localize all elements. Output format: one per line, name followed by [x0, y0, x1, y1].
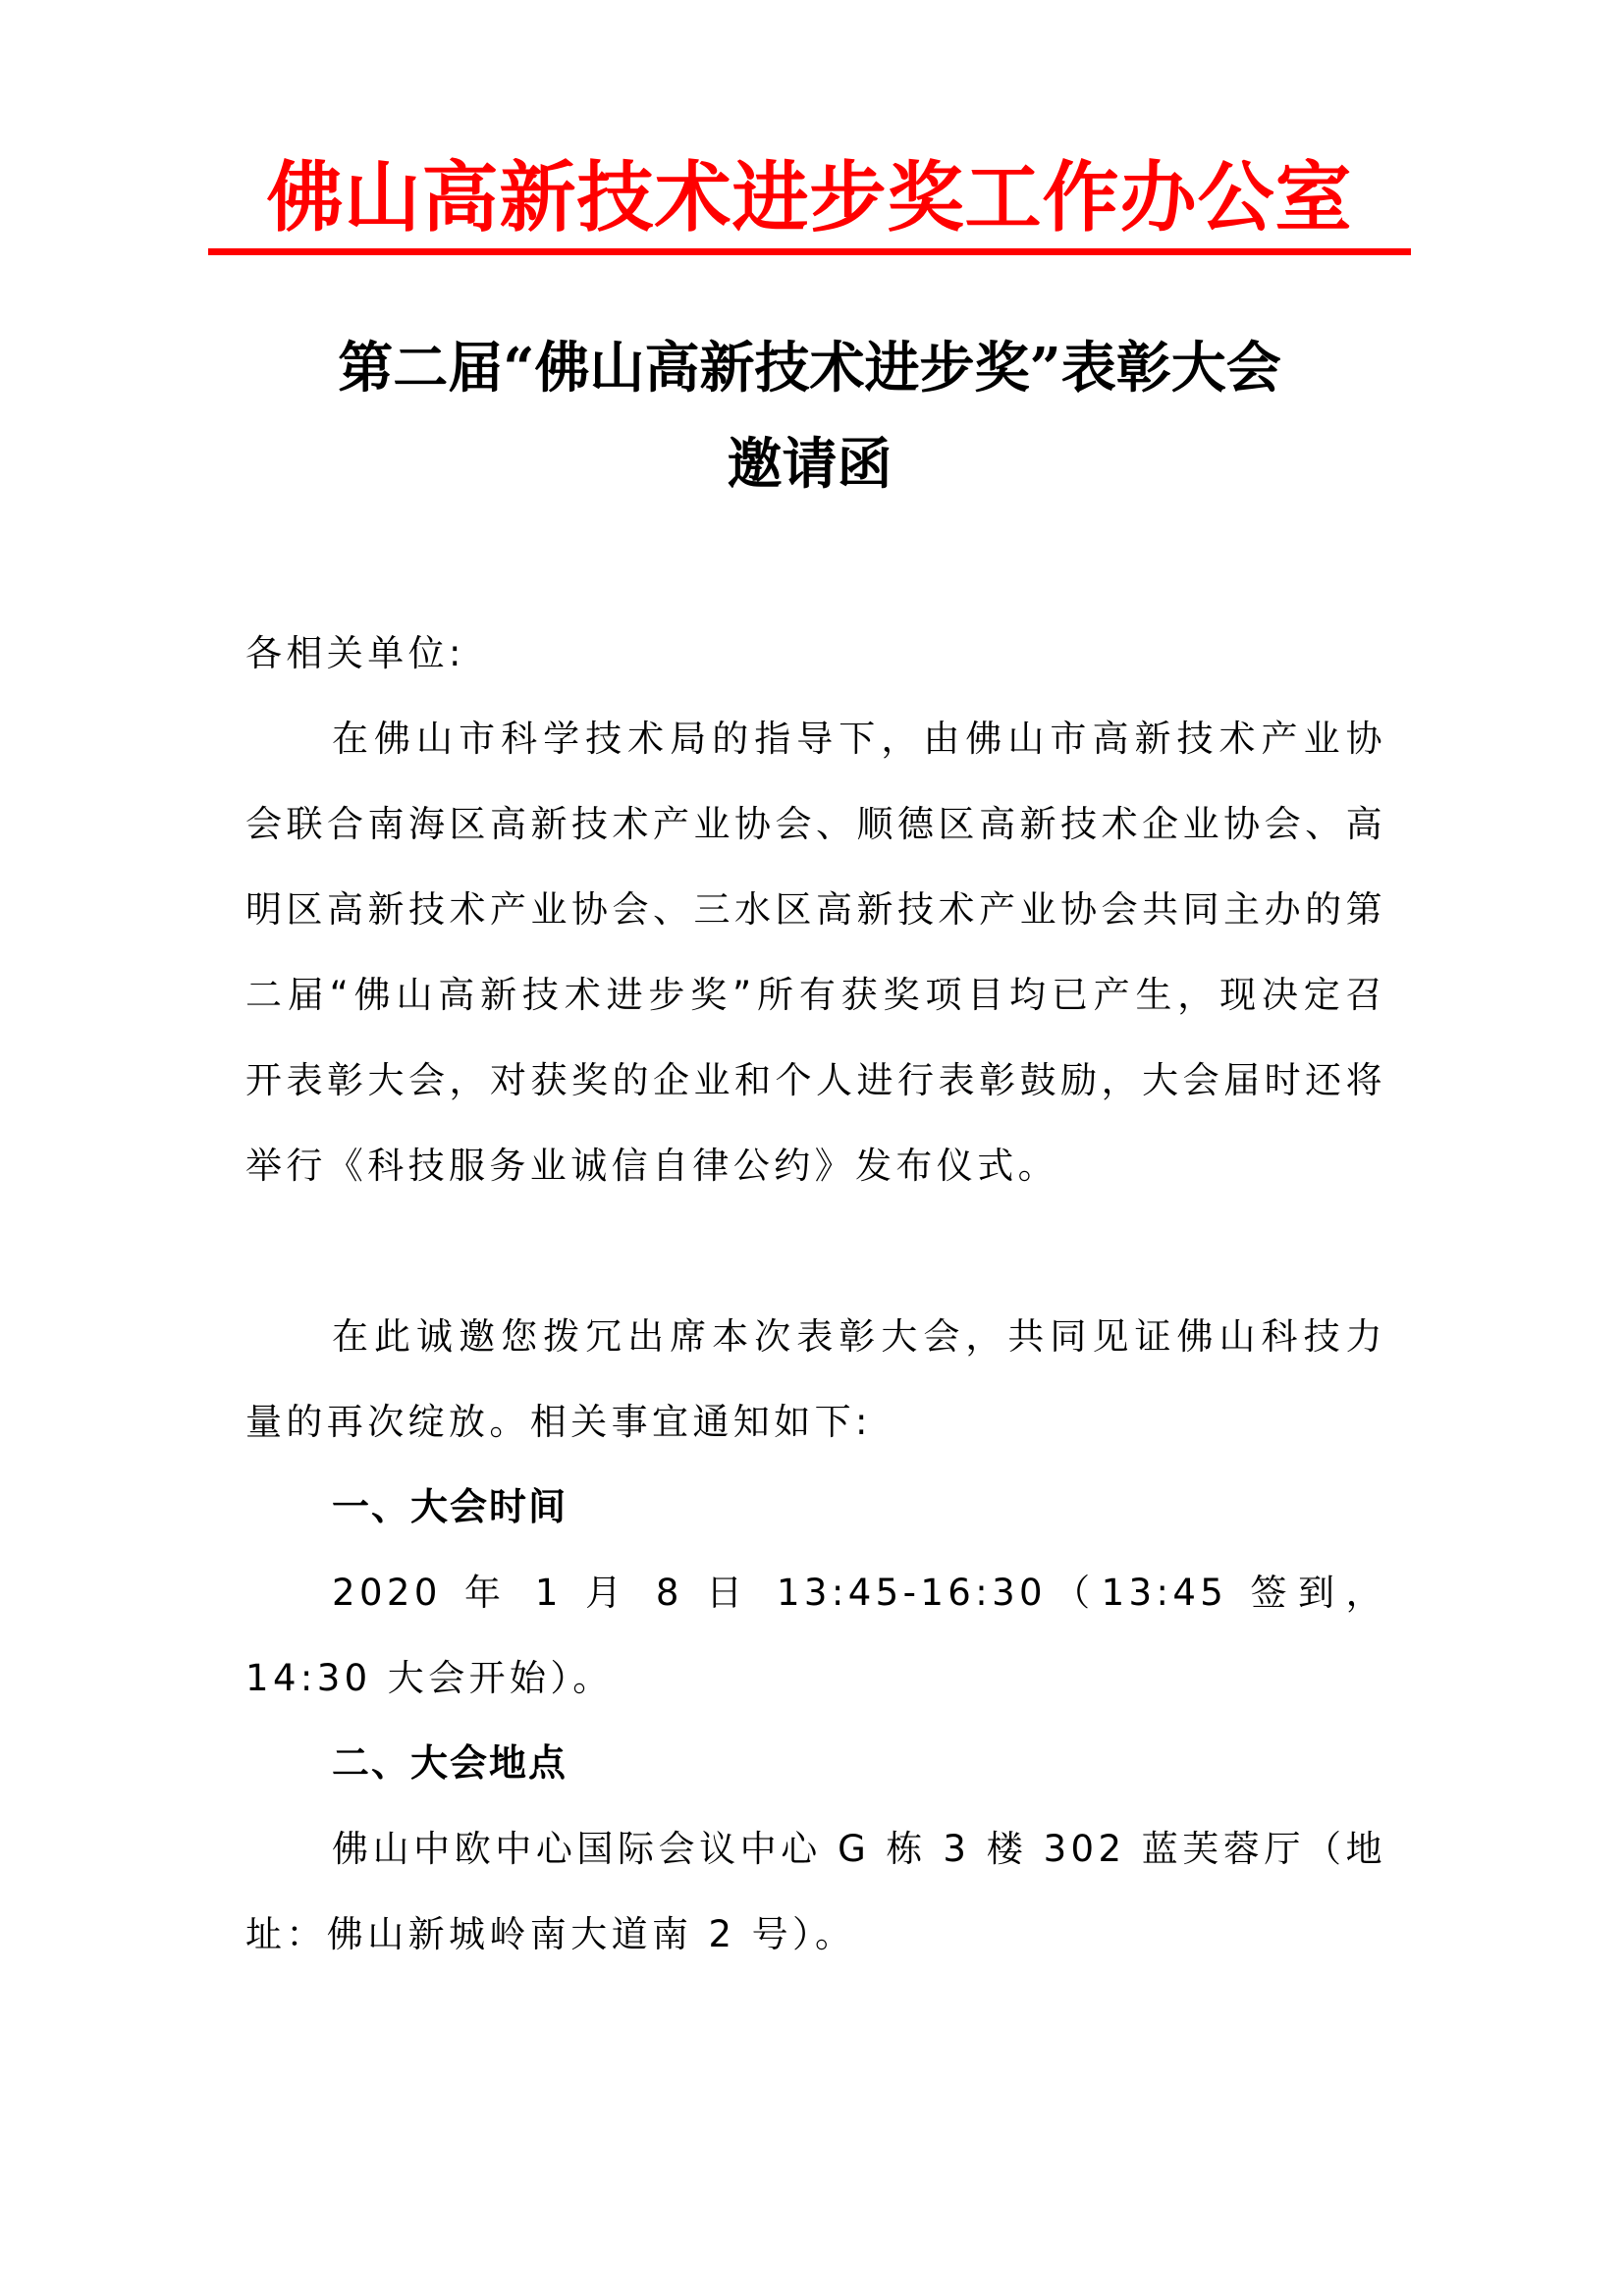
section-content-time: 2020 年 1 月 8 日 13:45-16:30（13:45 签到，14:3… — [245, 1550, 1386, 1721]
document-subtitle: 邀请函 — [208, 433, 1411, 496]
body-paragraph-intro: 在佛山市科学技术局的指导下，由佛山市高新技术产业协会联合南海区高新技术产业协会、… — [245, 696, 1386, 1208]
body-paragraph-invitation: 在此诚邀您拨冗出席本次表彰大会，共同见证佛山科技力量的再次绽放。相关事宜通知如下… — [245, 1294, 1386, 1465]
letterhead-organization: 佛山高新技术进步奖工作办公室 — [208, 155, 1411, 241]
section-heading-location: 二、大会地点 — [332, 1721, 568, 1806]
document-page: 佛山高新技术进步奖工作办公室 第二届“佛山高新技术进步奖”表彰大会 邀请函 各相… — [0, 0, 1624, 2296]
salutation: 各相关单位: — [245, 611, 1386, 696]
section-content-location: 佛山中欧中心国际会议中心 G 栋 3 楼 302 蓝芙蓉厅（地址：佛山新城岭南大… — [245, 1806, 1386, 1977]
letterhead-red-rule — [208, 248, 1411, 255]
document-title: 第二届“佛山高新技术进步奖”表彰大会 — [208, 337, 1411, 400]
section-heading-time: 一、大会时间 — [332, 1465, 568, 1550]
